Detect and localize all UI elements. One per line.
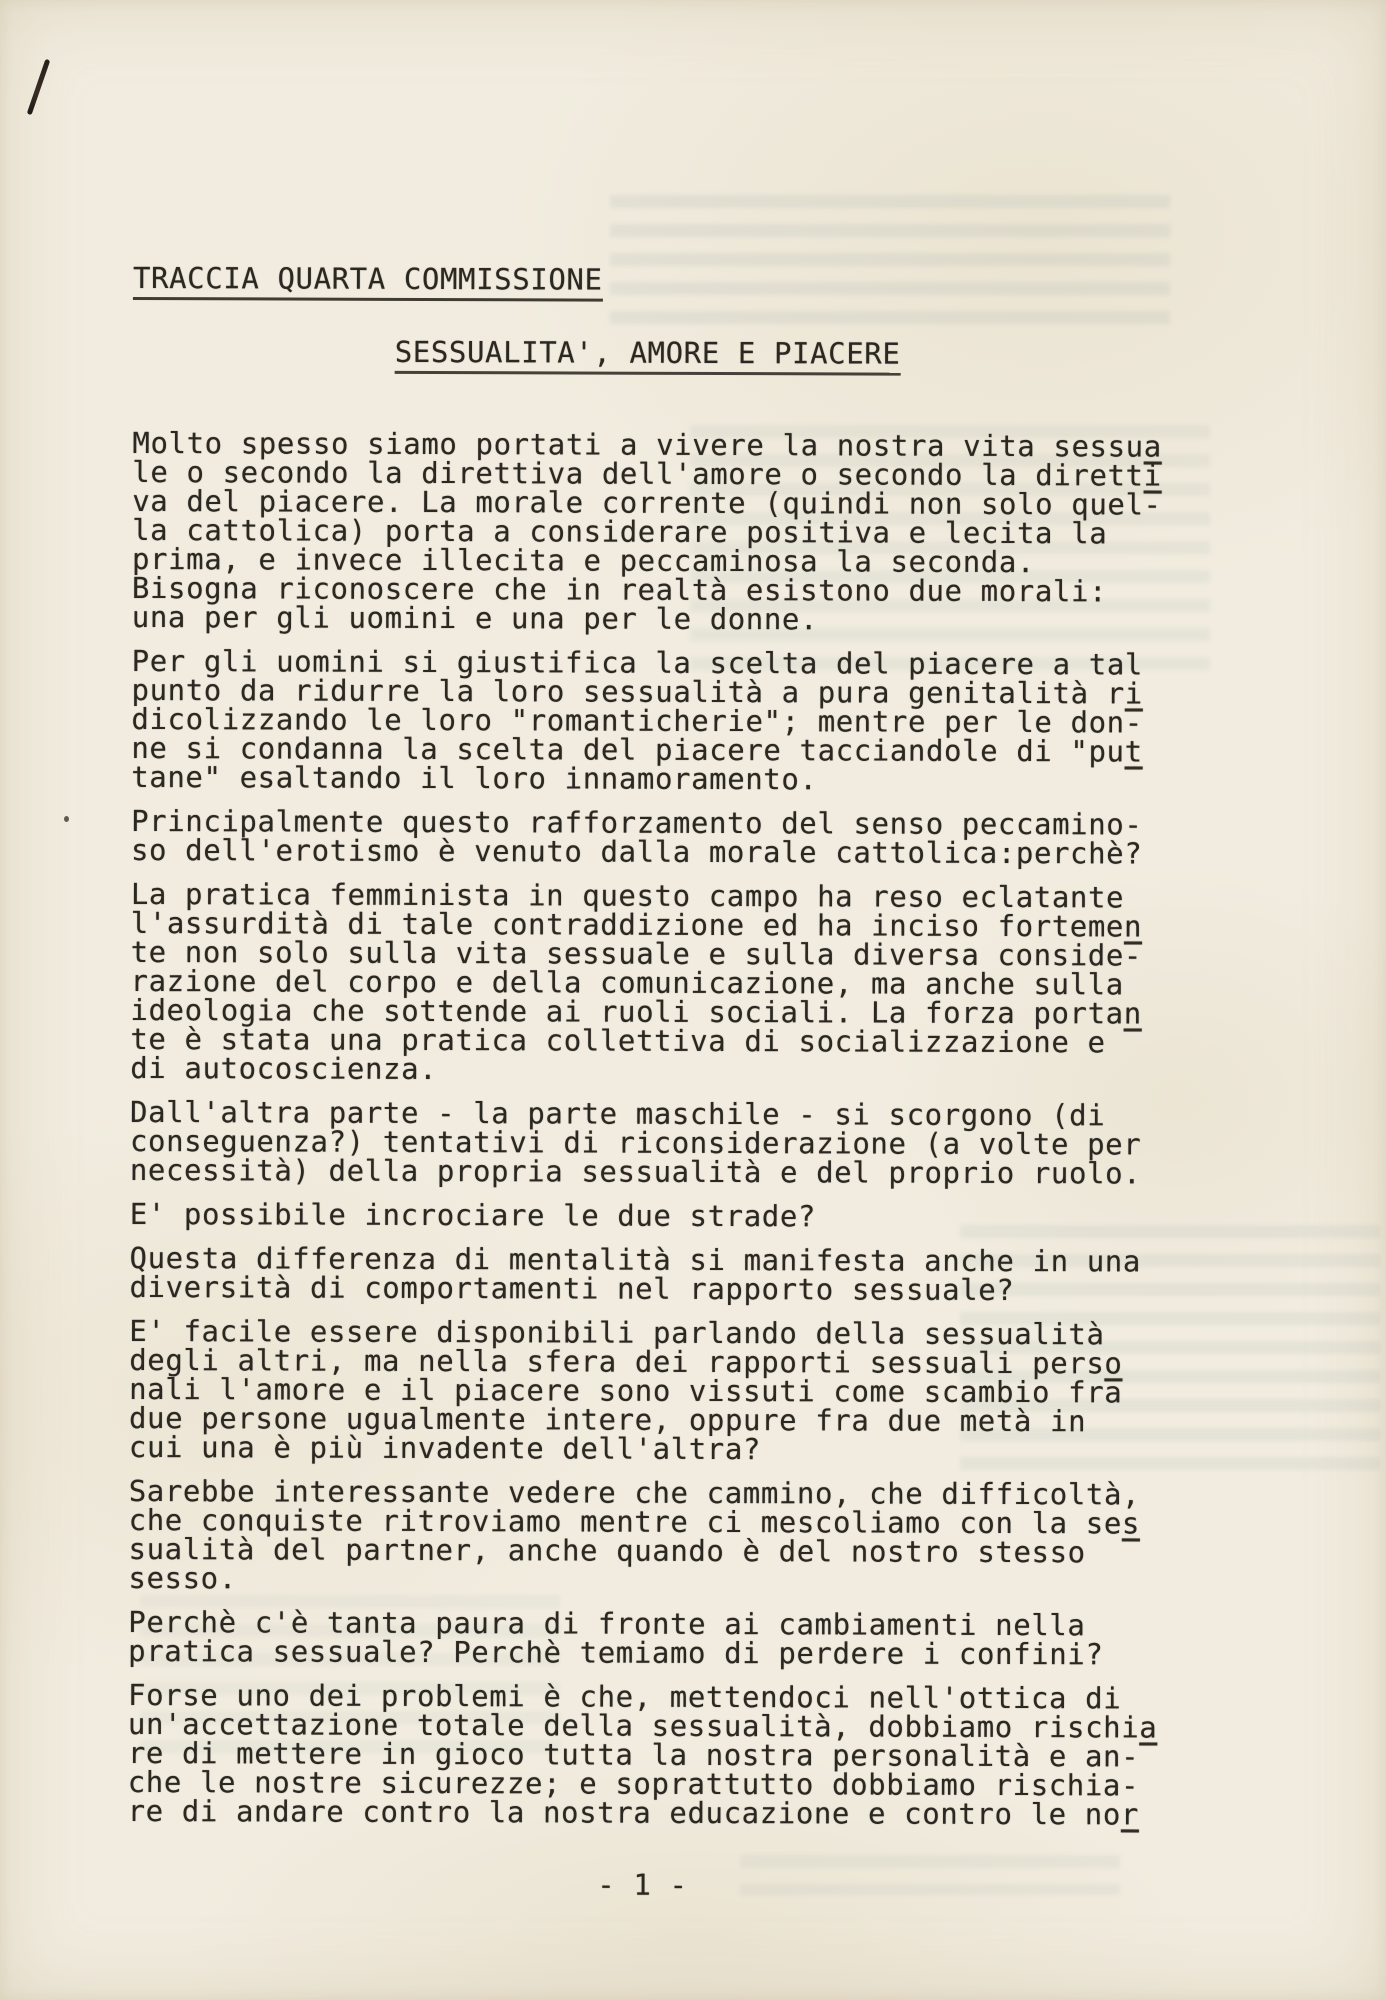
paragraph: Perchè c'è tanta paura di fronte ai camb… (128, 1608, 1188, 1670)
text-line: necessità) della propria sessualità e de… (130, 1156, 1190, 1189)
document-kicker: TRACCIA QUARTA COMMISSIONE (133, 261, 603, 302)
paragraph: Forse uno dei problemi è che, mettendoci… (128, 1681, 1188, 1830)
text-line: pratica sessuale? Perchè temiamo di perd… (128, 1637, 1188, 1670)
document-content: TRACCIA QUARTA COMMISSIONE SESSUALITA', … (0, 0, 1386, 2000)
paragraph: Principalmente questo rafforzamento del … (131, 807, 1191, 869)
text-line: re di andare contro la nostra educazione… (128, 1797, 1188, 1830)
paragraph: Sarebbe interessante vedere che cammino,… (128, 1477, 1188, 1597)
document-title: SESSUALITA', AMORE E PIACERE (395, 335, 901, 376)
text-line: sualità del partner, anche quando è del … (129, 1535, 1189, 1568)
paragraph: Molto spesso siamo portati a vivere la n… (132, 429, 1193, 636)
paragraph: Questa differenza di mentalità si manife… (129, 1244, 1189, 1306)
page-number: - 1 - (127, 1866, 1157, 1904)
paragraph: Dall'altra parte - la parte maschile - s… (130, 1098, 1190, 1189)
paragraph: Per gli uomini si giustifica la scelta d… (131, 647, 1191, 796)
text-line: E' possibile incrociare le due strade? (130, 1200, 1190, 1233)
scanned-page: TRACCIA QUARTA COMMISSIONE SESSUALITA', … (0, 0, 1386, 2000)
paragraph: La pratica femminista in questo campo ha… (130, 880, 1191, 1087)
document-body: Molto spesso siamo portati a vivere la n… (128, 429, 1193, 1845)
text-line: so dell'erotismo è venuto dalla morale c… (131, 836, 1191, 869)
paragraph: E' facile essere disponibili parlando de… (129, 1317, 1189, 1466)
paragraph: E' possibile incrociare le due strade? (130, 1200, 1190, 1233)
